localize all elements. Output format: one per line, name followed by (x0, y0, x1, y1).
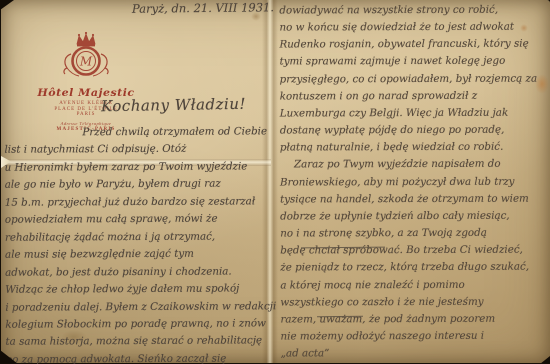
handwriting-line: po za pomocą adwokata. Sieńko zaczął się (6, 350, 270, 364)
letterhead: M Hôtel Majestic AVENUE KLÉBER PLACE DE … (27, 30, 145, 133)
handwriting-line: i poradzeniu dalej. Byłem z Czaikowskim … (5, 298, 269, 317)
handwriting-line: Rudenko rosjanin, obywatel francuski, kt… (279, 36, 549, 54)
handwriting-line: Zaraz po Twym wyjeździe napisałem do (280, 156, 550, 174)
handwriting-line: dowiadywać na wszystkie strony co robić, (279, 2, 549, 20)
handwriting-line: rehabilitację żądać można i ją otrzymać, (5, 228, 269, 247)
handwriting-line: dobrze że upłynie tydzień albo cały mies… (280, 207, 550, 225)
handwriting-line: płatną naturalnie, i będę wiedział co ro… (280, 139, 550, 157)
handwriting-line: wszystkiego co zaszło i że nie jesteśmy (280, 293, 550, 311)
handwriting-line: tysiące na handel, szkoda że otrzymam to… (280, 190, 550, 208)
handwriting-line: no i na stronę szybko, a za Twoją zgodą (280, 225, 550, 243)
handwriting-line: przysięgłego, co ci opowiadałem, był roz… (280, 70, 550, 88)
left-page-body: Przed chwilą otrzymałem od Ciebie list i… (4, 123, 269, 364)
handwriting-line: u Hieronimki byłem zaraz po Twoim wyjeźd… (5, 158, 269, 177)
handwriting-line: opowiedziałem mu całą sprawę, mówi że (5, 211, 269, 230)
handwriting-line: „ad acta” (281, 345, 550, 363)
handwriting-line: tymi sprawami zajmuje i nawet kolegę jeg… (280, 53, 550, 71)
handwriting-line: a której mocą nie znaleźć i pomimo (280, 276, 550, 294)
handwriting-line: list i natychmiast Ci odpisuję. Otóż (4, 141, 268, 160)
salutation: Kochany Władziu! (101, 95, 246, 116)
handwriting-line: będę chciał spróbować. Bo trzeba Ci wied… (280, 242, 550, 260)
letter-scan: M Hôtel Majestic AVENUE KLÉBER PLACE DE … (0, 0, 550, 364)
handwriting-line: ale go nie było w Paryżu, byłem drugi ra… (5, 176, 269, 195)
handwriting-line: 15 b.m. przyjechał już dużo bardzo się z… (5, 193, 269, 212)
right-page-body: dowiadywać na wszystkie strony co robić,… (279, 2, 550, 363)
handwriting-line: dostanę wypłatę pójdę do niego po poradę… (280, 122, 550, 140)
handwriting-line: że pieniądz to rzecz, którą trzeba długo… (280, 259, 550, 277)
handwriting-line: ta sama historja, można się starać o reh… (5, 333, 269, 352)
handwriting-line: Broniewskiego, aby mi pożyczył dwa lub t… (280, 173, 550, 191)
hotel-crest-icon: M (53, 30, 119, 84)
svg-text:M: M (79, 55, 93, 69)
handwriting-line: Luxemburga czy Belgji. Więc ja Władziu j… (280, 104, 550, 122)
letter-paper: M Hôtel Majestic AVENUE KLÉBER PLACE DE … (1, 0, 550, 363)
handwriting-line: no w końcu się dowiedział że to jest adw… (279, 19, 549, 37)
handwriting-line: nie możemy odłożyć naszego interesu i (281, 327, 550, 345)
handwriting-line: adwokat, bo jest dużo pisaniny i chodzen… (5, 263, 269, 282)
handwriting-line: razem, uważam, że pod żadnym pozorem (280, 310, 550, 328)
handwriting-line: kontuszem i on go narad sprowadził z (280, 87, 550, 105)
date-line: Paryż, dn. 21. VIII 1931. (132, 0, 274, 15)
handwriting-line: Przed chwilą otrzymałem od Ciebie (4, 123, 268, 142)
handwriting-line: Widząc że chłop ledwo żyje dałem mu spok… (5, 280, 269, 299)
handwriting-line: ale musi się bezwzględnie zająć tym (5, 245, 269, 264)
handwriting-line: kolegium Słobockim po poradę prawną, no … (5, 315, 269, 334)
